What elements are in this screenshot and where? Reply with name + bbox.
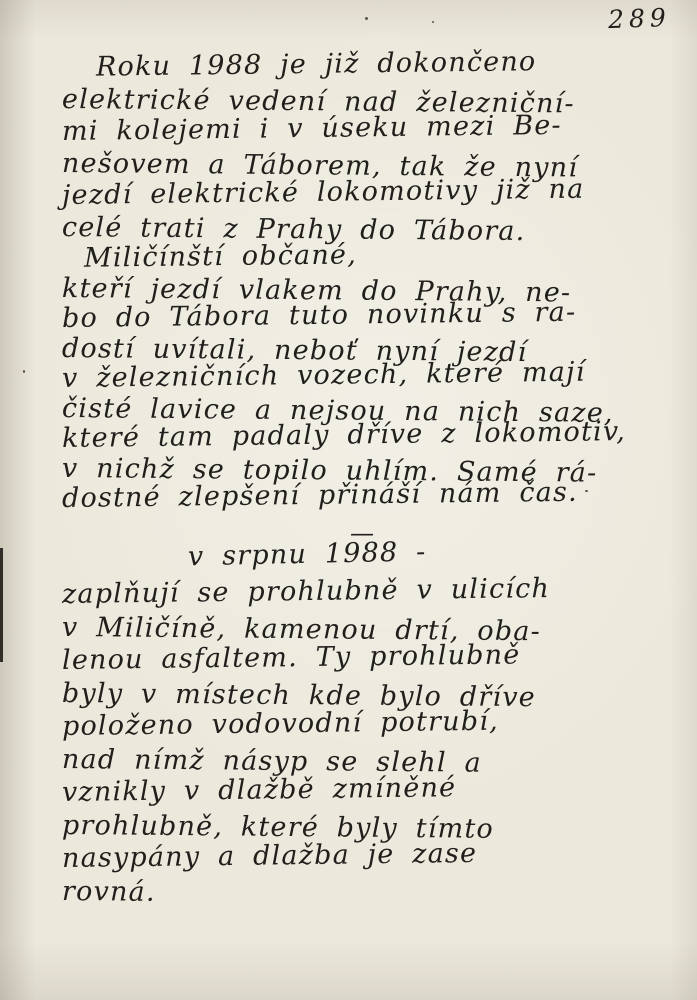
paragraph-street-repairs: zaplňují se prohlubně v ulicích v Miličí…: [62, 578, 646, 908]
paragraph-milicin-citizens: Miličínští občané, kteří jezdí vlakem do…: [62, 244, 646, 514]
handwritten-line: bo do Tábora tuto novinku s ra-: [62, 297, 646, 334]
dust-speck: [432, 21, 434, 23]
paragraph-railway-electrification: Roku 1988 je již dokončeno elektrické ve…: [62, 52, 646, 244]
handwritten-line: Miličínští občané,: [62, 237, 646, 274]
handwritten-line: jezdí elektrické lokomotivy již na: [62, 173, 646, 212]
handwritten-line: položeno vodovodní potrubí,: [62, 703, 646, 743]
handwritten-line: dostné zlepšení přináší nám čas.: [62, 477, 646, 514]
dust-speck: [365, 17, 368, 20]
handwritten-line: v železničních vozech, které mají: [62, 357, 646, 394]
handwritten-line: mi kolejemi i v úseku mezi Be-: [62, 109, 646, 148]
handwritten-line: vznikly v dlažbě zmíněné: [62, 769, 646, 809]
handwritten-line: rovná.: [62, 875, 646, 913]
page-number: 289: [608, 3, 672, 34]
handwritten-line: zaplňují se prohlubně v ulicích: [62, 571, 646, 611]
paper-page: 289 Roku 1988 je již dokončeno elektrick…: [0, 0, 697, 1000]
scan-edge-artifact: [0, 548, 3, 662]
chronicle-text: Roku 1988 je již dokončeno elektrické ve…: [62, 52, 646, 908]
handwritten-line: které tam padaly dříve z lokomotiv,: [62, 417, 646, 454]
handwritten-line: nasypány a dlažba je zase: [62, 835, 646, 875]
dust-speck: [23, 370, 25, 373]
handwritten-line: lenou asfaltem. Ty prohlubně: [62, 637, 646, 677]
handwritten-line: Roku 1988 je již dokončeno: [62, 45, 646, 84]
